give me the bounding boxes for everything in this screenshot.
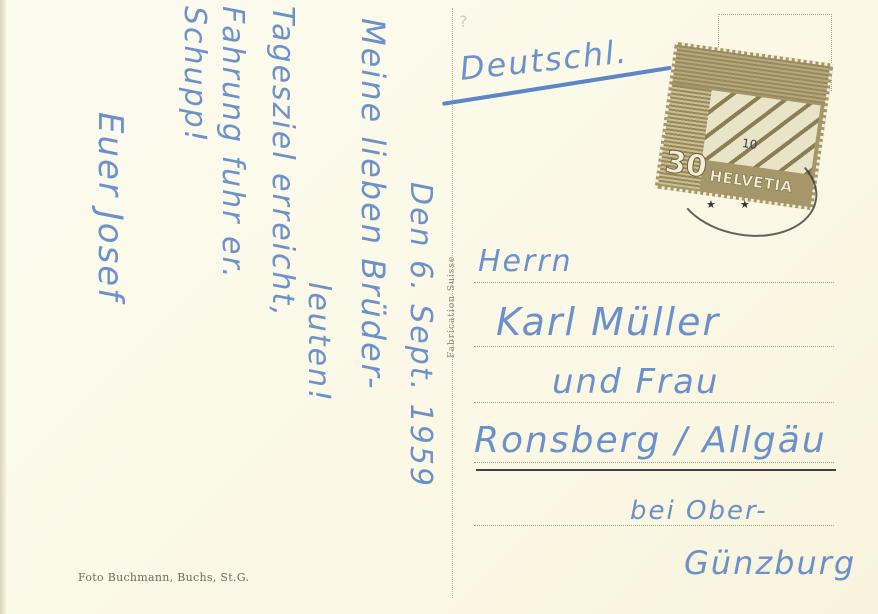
address-line-6: Günzburg xyxy=(684,544,856,582)
message-line-2: leuten! xyxy=(301,282,336,403)
card-edge xyxy=(0,0,6,614)
message-line-5: Schupp! xyxy=(177,6,212,144)
postmark-text: 10 xyxy=(741,136,758,152)
message-line-1: Meine lieben Brüder- xyxy=(354,18,392,391)
message-signature: Euer Josef xyxy=(90,112,130,302)
postcard: Den 6. Sept. 1959 Meine lieben Brüder- l… xyxy=(0,0,878,614)
publisher-credit: Foto Buchmann, Buchs, St.G. xyxy=(78,571,249,584)
address-line-5: bei Ober- xyxy=(630,496,768,526)
address-line-1: Herrn xyxy=(478,244,573,279)
postmark-stars: ★★ xyxy=(706,198,774,211)
address-line-2: Karl Müller xyxy=(496,300,720,344)
message-line-4: Fahrung fuhr er. xyxy=(215,6,250,280)
address-rule-2 xyxy=(474,346,834,347)
address-rule-4 xyxy=(474,462,834,463)
message-line-3: Tagesziel erreicht, xyxy=(265,6,300,318)
pencil-mark: ? xyxy=(459,12,468,31)
address-line-3: und Frau xyxy=(552,362,719,402)
address-rule-1 xyxy=(474,282,834,283)
address-underline xyxy=(476,469,836,471)
address-line-4: Ronsberg / Allgäu xyxy=(474,420,827,461)
address-rule-3 xyxy=(474,402,834,403)
fabrication-imprint: Fabrication Suisse xyxy=(447,256,457,358)
message-date-line: Den 6. Sept. 1959 xyxy=(403,182,438,488)
